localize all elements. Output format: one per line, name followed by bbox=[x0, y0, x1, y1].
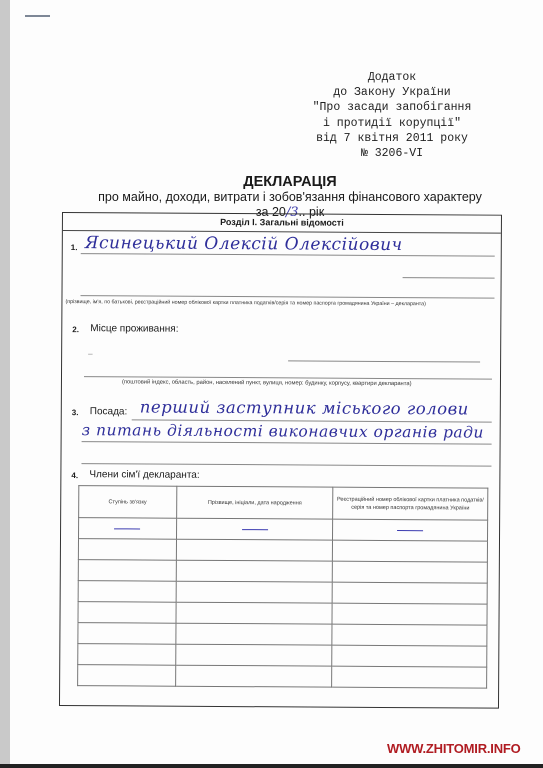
table-cell bbox=[176, 581, 333, 603]
table-header-relation: Ступінь зв'язку bbox=[79, 486, 177, 519]
table-cell bbox=[333, 519, 488, 541]
table-row bbox=[78, 581, 487, 604]
table-cell bbox=[332, 603, 487, 625]
table-cell bbox=[78, 644, 176, 666]
item4-number: 4. bbox=[71, 471, 78, 480]
item3-position-line2: з питань діяльності виконавчих органів р… bbox=[82, 421, 484, 441]
item3-number: 3. bbox=[72, 408, 79, 417]
table-cell bbox=[78, 581, 176, 603]
item2-label: Місце проживання: bbox=[90, 323, 178, 335]
appendix-header: Додаток до Закону України "Про засади за… bbox=[292, 70, 492, 161]
table-row bbox=[78, 539, 487, 562]
handwritten-dash bbox=[242, 529, 268, 530]
declaration-title: ДЕКЛАРАЦІЯ bbox=[55, 174, 525, 190]
table-row bbox=[78, 644, 487, 667]
item3-label: Посада: bbox=[90, 406, 128, 417]
corner-pen-mark bbox=[25, 15, 50, 17]
item3-position-line1: перший заступник міського голови bbox=[140, 397, 469, 418]
appendix-line: "Про засади запобігання bbox=[292, 100, 492, 115]
table-cell bbox=[176, 560, 333, 582]
table-cell bbox=[78, 539, 176, 561]
table-row bbox=[79, 518, 488, 541]
table-row bbox=[78, 623, 487, 646]
appendix-line: до Закону України bbox=[292, 85, 492, 100]
appendix-line: Додаток bbox=[292, 70, 492, 85]
table-cell bbox=[332, 645, 487, 667]
table-cell bbox=[175, 665, 332, 687]
table-cell bbox=[176, 518, 333, 540]
table-cell bbox=[175, 644, 332, 666]
table-cell bbox=[79, 518, 177, 540]
item1-name-handwritten: Ясинецький Олексій Олексійович bbox=[85, 233, 403, 255]
appendix-line: від 7 квітня 2011 року bbox=[292, 131, 492, 146]
handwritten-dash bbox=[397, 530, 423, 531]
table-cell bbox=[78, 560, 176, 582]
item2-line bbox=[288, 360, 480, 362]
item2-caption: (поштовий індекс, область, район, населе… bbox=[122, 379, 412, 387]
item1-line bbox=[403, 277, 495, 279]
table-cell bbox=[333, 540, 488, 562]
scan-bottom-edge bbox=[0, 764, 543, 768]
table-row bbox=[78, 665, 487, 688]
general-info-section: Розділ І. Загальні відомості 1. Ясинецьк… bbox=[59, 212, 502, 709]
table-cell bbox=[176, 539, 333, 561]
item2-value: – bbox=[88, 349, 93, 358]
item1-caption: (прізвище, ім'я, по батькові, реєстрацій… bbox=[65, 299, 425, 307]
table-cell bbox=[78, 602, 176, 624]
family-members-table: Ступінь зв'язку Прізвище, ініціали, дата… bbox=[77, 485, 488, 689]
appendix-line: і протидії корупції" bbox=[292, 116, 492, 131]
handwritten-dash bbox=[114, 528, 140, 529]
table-cell bbox=[332, 666, 487, 688]
table-row bbox=[78, 602, 487, 625]
item1-line bbox=[81, 253, 495, 257]
item3-line bbox=[81, 463, 491, 467]
table-cell bbox=[333, 561, 488, 583]
item1-line bbox=[80, 295, 494, 299]
table-cell bbox=[332, 582, 487, 604]
declaration-subtitle: про майно, доходи, витрати і зобов'язанн… bbox=[55, 190, 525, 204]
item4-label: Члени сім'ї декларанта: bbox=[89, 469, 199, 481]
table-cell bbox=[332, 624, 487, 646]
item3-line bbox=[82, 441, 492, 445]
table-cell bbox=[176, 623, 333, 645]
table-cell bbox=[78, 665, 176, 687]
table-cell bbox=[78, 623, 176, 645]
table-header-name: Прізвище, ініціали, дата народження bbox=[176, 486, 333, 519]
item1-number: 1. bbox=[71, 243, 78, 252]
section-title: Розділ І. Загальні відомості bbox=[63, 213, 501, 234]
scan-edge-strip bbox=[0, 0, 10, 768]
site-watermark: WWW.ZHITOMIR.INFO bbox=[387, 741, 521, 756]
appendix-line: № 3206-VI bbox=[292, 146, 492, 161]
table-cell bbox=[176, 602, 333, 624]
item2-number: 2. bbox=[72, 325, 79, 334]
table-row bbox=[78, 560, 487, 583]
table-header-registration: Реєстраційний номер облікової картки пла… bbox=[333, 487, 488, 520]
